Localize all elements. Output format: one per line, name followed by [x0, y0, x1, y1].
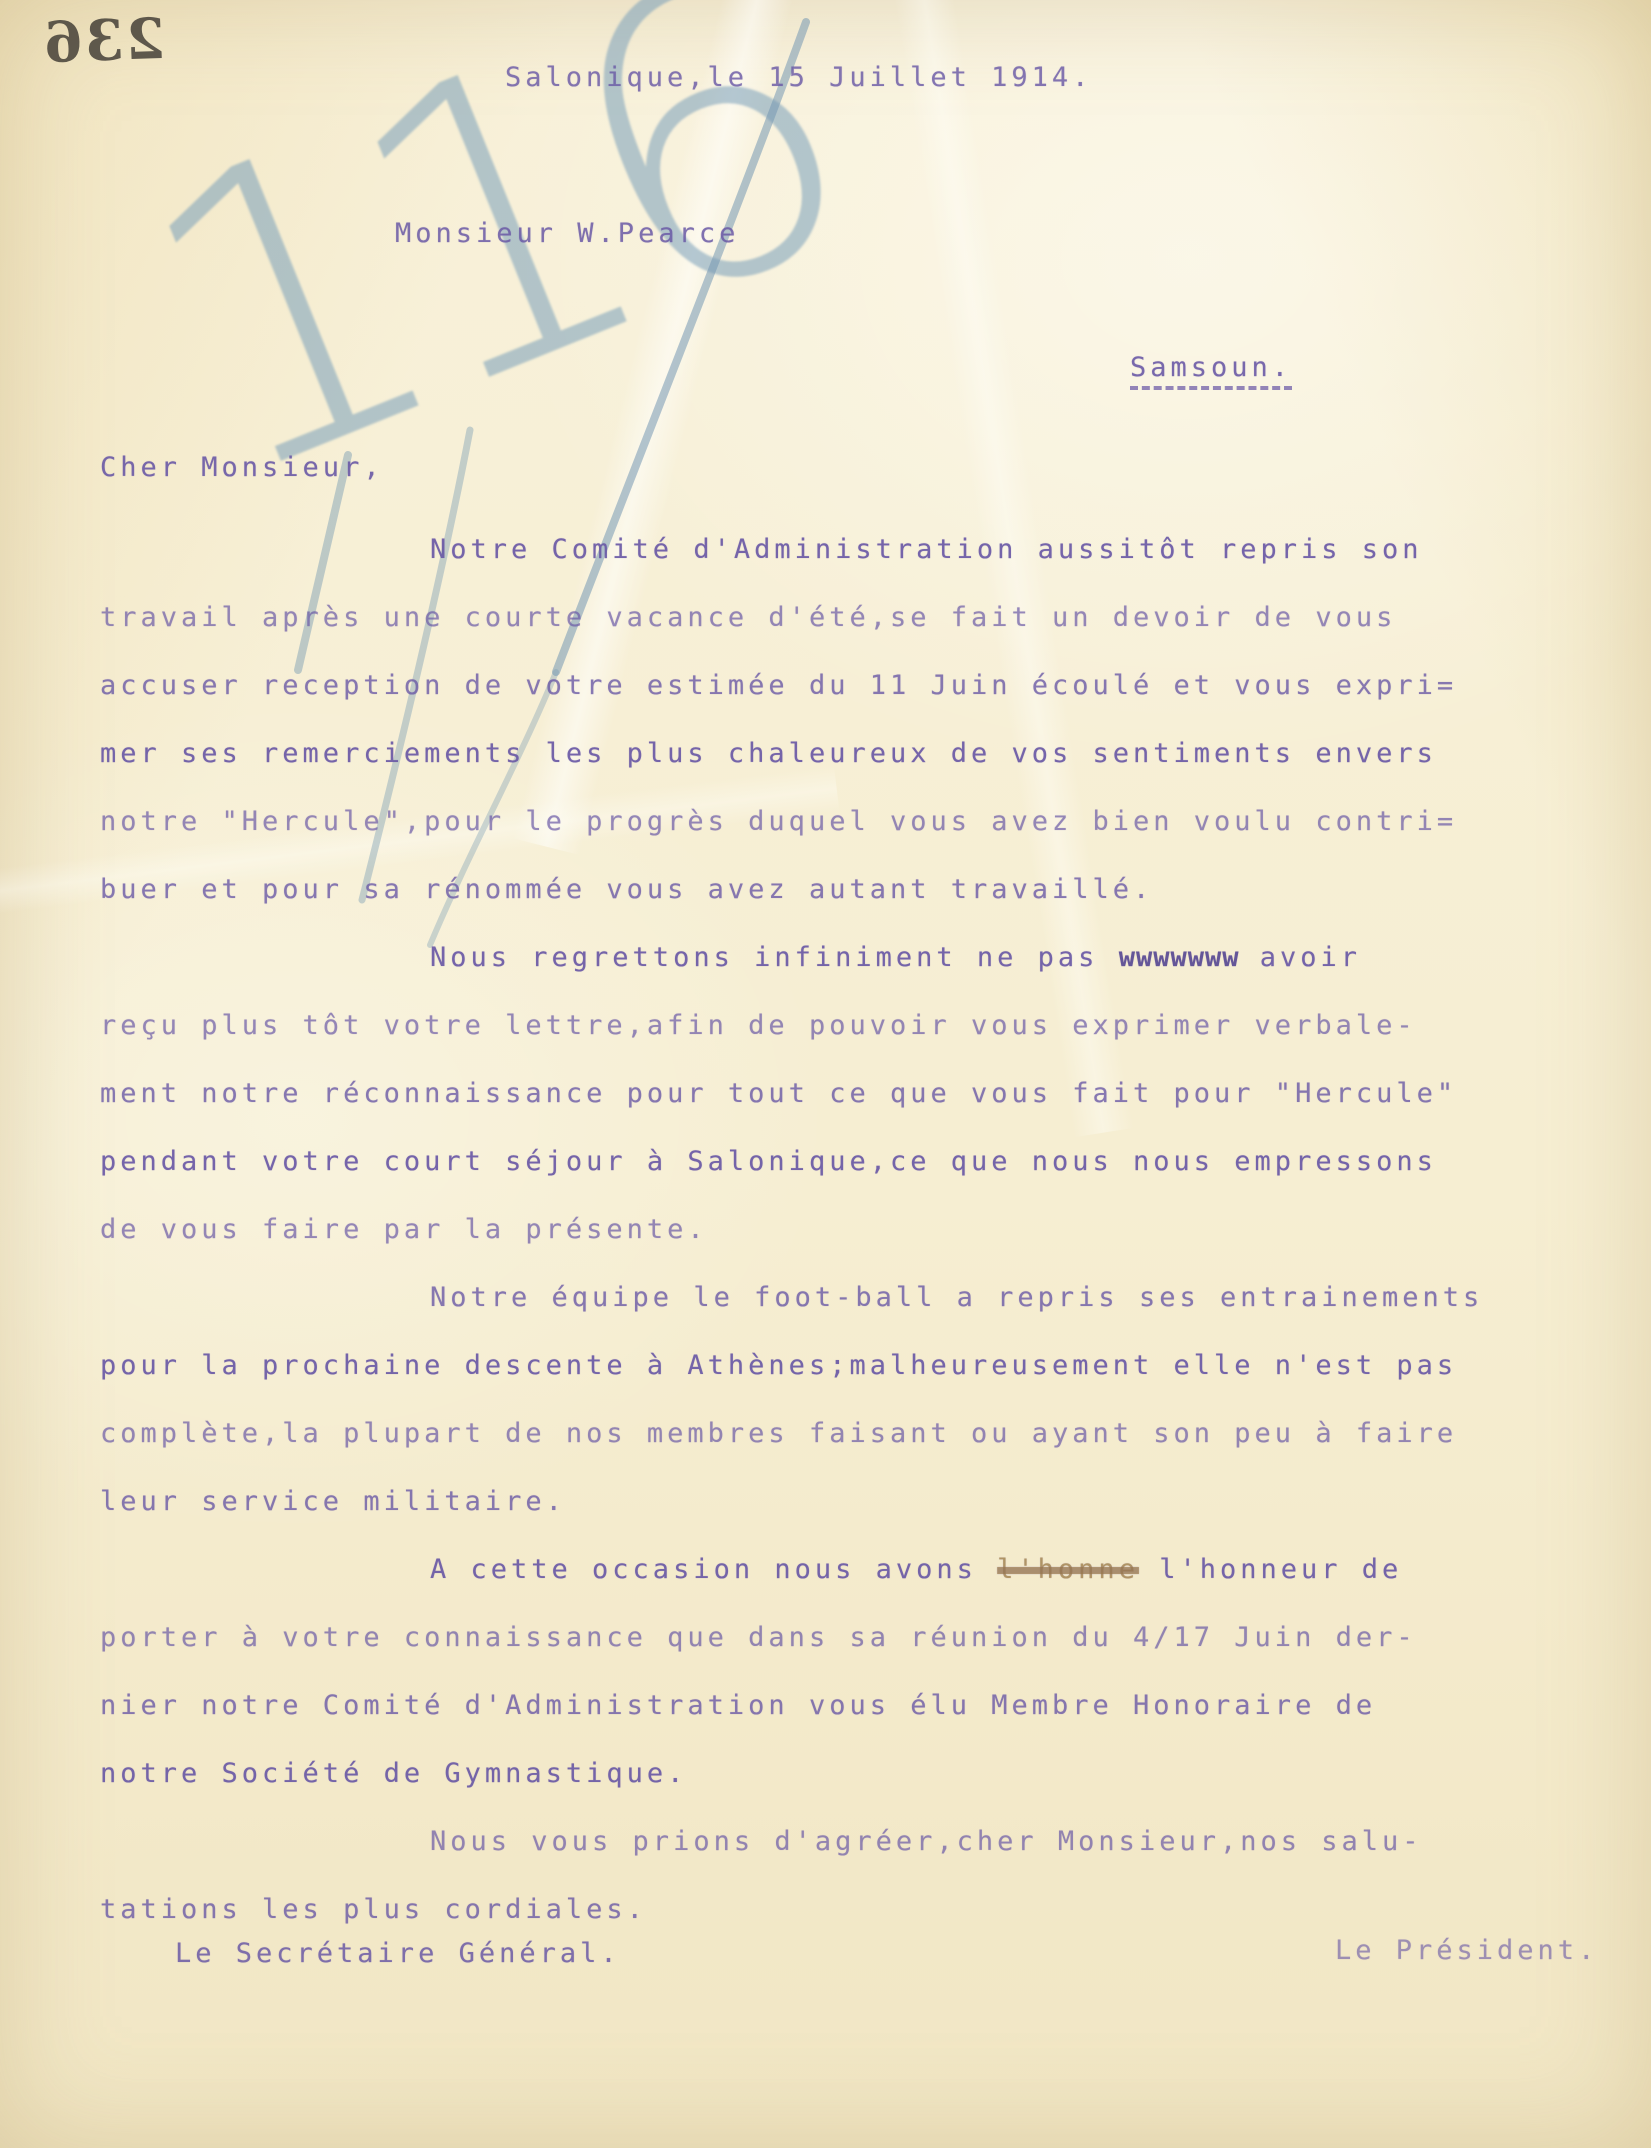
body-line: accuser reception de votre estimée du 11… [100, 652, 1483, 720]
body-segment-overtype: wwwwwww [1119, 942, 1240, 973]
body-segment: pour la prochaine descente à Athènes;mal… [100, 1350, 1457, 1381]
body-segment: porter à votre connaissance que dans sa … [100, 1622, 1417, 1653]
recipient-name: Monsieur W.Pearce [395, 218, 739, 249]
body-line: mer ses remerciements les plus chaleureu… [100, 720, 1483, 788]
body-line: complète,la plupart de nos membres faisa… [100, 1400, 1483, 1468]
body-segment: Notre Comité d'Administration aussitôt r… [430, 534, 1423, 565]
body-segment: buer et pour sa rénommée vous avez autan… [100, 874, 1153, 905]
signature-secretary: Le Secrétaire Général. [175, 1938, 621, 1969]
body-segment: pendant votre court séjour à Salonique,c… [100, 1146, 1437, 1177]
body-segment: Nous vous prions d'agréer,cher Monsieur,… [430, 1826, 1423, 1857]
signature-president: Le Président. [1335, 1935, 1598, 1966]
body-lines: Notre Comité d'Administration aussitôt r… [100, 516, 1483, 1944]
letter-page: 236 116 Salonique,le 15 Juillet 1914. Mo… [0, 0, 1651, 2148]
body-segment: Nous regrettons infiniment ne pas [430, 942, 1119, 973]
body-line: reçu plus tôt votre lettre,afin de pouvo… [100, 992, 1483, 1060]
mirrored-page-number: 236 [41, 6, 166, 76]
body-segment: reçu plus tôt votre lettre,afin de pouvo… [100, 1010, 1417, 1041]
body-segment: ment notre réconnaissance pour tout ce q… [100, 1078, 1457, 1109]
body-segment: de vous faire par la présente. [100, 1214, 708, 1245]
recipient-city: Samsoun. [1130, 352, 1292, 390]
body-segment: Notre équipe le foot-ball a repris ses e… [430, 1282, 1483, 1313]
body-line: pendant votre court séjour à Salonique,c… [100, 1128, 1483, 1196]
body-line: porter à votre connaissance que dans sa … [100, 1604, 1483, 1672]
body-segment: tations les plus cordiales. [100, 1894, 647, 1925]
date-line: Salonique,le 15 Juillet 1914. [505, 62, 1092, 93]
body-line: A cette occasion nous avons l'honne l'ho… [100, 1536, 1483, 1604]
body-line: tations les plus cordiales. [100, 1876, 1483, 1944]
body-line: notre Société de Gymnastique. [100, 1740, 1483, 1808]
body-segment: A cette occasion nous avons [430, 1554, 997, 1585]
body-segment-strike: l'honne [997, 1554, 1139, 1585]
body-line: buer et pour sa rénommée vous avez autan… [100, 856, 1483, 924]
body-segment: accuser reception de votre estimée du 11… [100, 670, 1457, 701]
body-line: travail après une courte vacance d'été,s… [100, 584, 1483, 652]
body-line: de vous faire par la présente. [100, 1196, 1483, 1264]
body-segment: notre "Hercule",pour le progrès duquel v… [100, 806, 1457, 837]
body-segment: l'honneur de [1139, 1554, 1402, 1585]
body-line: nier notre Comité d'Administration vous … [100, 1672, 1483, 1740]
body-segment: nier notre Comité d'Administration vous … [100, 1690, 1376, 1721]
body-line: ment notre réconnaissance pour tout ce q… [100, 1060, 1483, 1128]
body-segment: travail après une courte vacance d'été,s… [100, 602, 1396, 633]
body-line: Nous regrettons infiniment ne pas wwwwww… [100, 924, 1483, 992]
body-segment: notre Société de Gymnastique. [100, 1758, 687, 1789]
body-segment: mer ses remerciements les plus chaleureu… [100, 738, 1437, 769]
body-line: leur service militaire. [100, 1468, 1483, 1536]
body-line: notre "Hercule",pour le progrès duquel v… [100, 788, 1483, 856]
body-segment: leur service militaire. [100, 1486, 566, 1517]
body-segment: complète,la plupart de nos membres faisa… [100, 1418, 1457, 1449]
body-line: Notre Comité d'Administration aussitôt r… [100, 516, 1483, 584]
salutation: Cher Monsieur, [100, 452, 384, 483]
body-line: pour la prochaine descente à Athènes;mal… [100, 1332, 1483, 1400]
body-line: Nous vous prions d'agréer,cher Monsieur,… [100, 1808, 1483, 1876]
body-line: Notre équipe le foot-ball a repris ses e… [100, 1264, 1483, 1332]
body-segment: avoir [1239, 942, 1361, 973]
